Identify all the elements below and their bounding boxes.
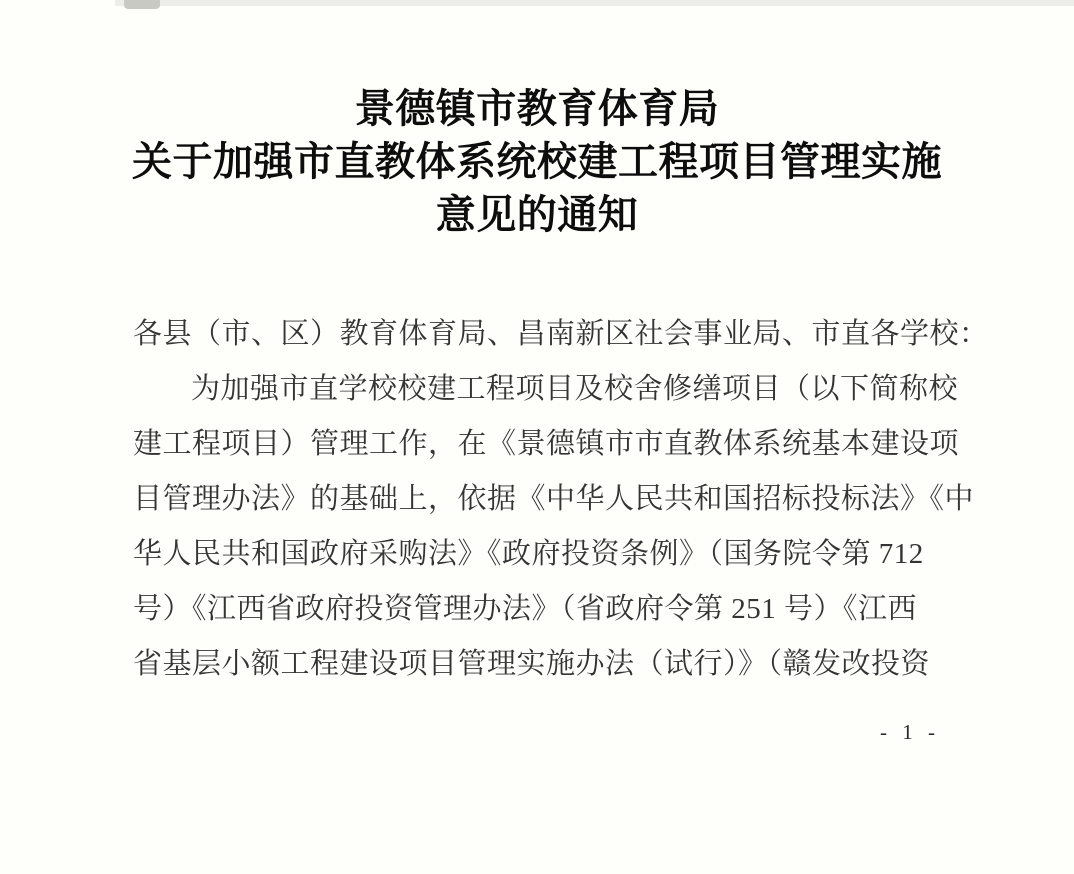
body-line: 目管理办法》的基础上，依据《中华人民共和国招标投标法》《中 [133, 472, 963, 527]
page-number: - 1 - [880, 720, 940, 745]
scan-artifact-strip [115, 0, 1074, 6]
document-page: 景德镇市教育体育局 关于加强市直教体系统校建工程项目管理实施 意见的通知 各县（… [0, 0, 1074, 874]
doc-body: 各县（市、区）教育体育局、昌南新区社会事业局、市直各学校： 为加强市直学校校建工… [133, 307, 963, 692]
body-line: 省基层小额工程建设项目管理实施办法（试行）》（赣发改投资 [133, 637, 963, 692]
doc-title-line: 关于加强市直教体系统校建工程项目管理实施 [0, 135, 1074, 188]
body-line: 建工程项目）管理工作，在《景德镇市市直教体系统基本建设项 [133, 417, 963, 472]
body-line: 华人民共和国政府采购法》《政府投资条例》（国务院令第 712 [133, 527, 963, 582]
body-line: 号）《江西省政府投资管理办法》（省政府令第 251 号）《江西 [133, 582, 963, 637]
salutation-line: 各县（市、区）教育体育局、昌南新区社会事业局、市直各学校： [133, 307, 963, 362]
doc-title-line: 意见的通知 [0, 188, 1074, 241]
body-line: 为加强市直学校校建工程项目及校舍修缮项目（以下简称校 [133, 362, 963, 417]
doc-title: 景德镇市教育体育局 关于加强市直教体系统校建工程项目管理实施 意见的通知 [0, 0, 1074, 241]
scan-artifact-smudge [124, 0, 160, 9]
doc-title-line: 景德镇市教育体育局 [0, 82, 1074, 135]
